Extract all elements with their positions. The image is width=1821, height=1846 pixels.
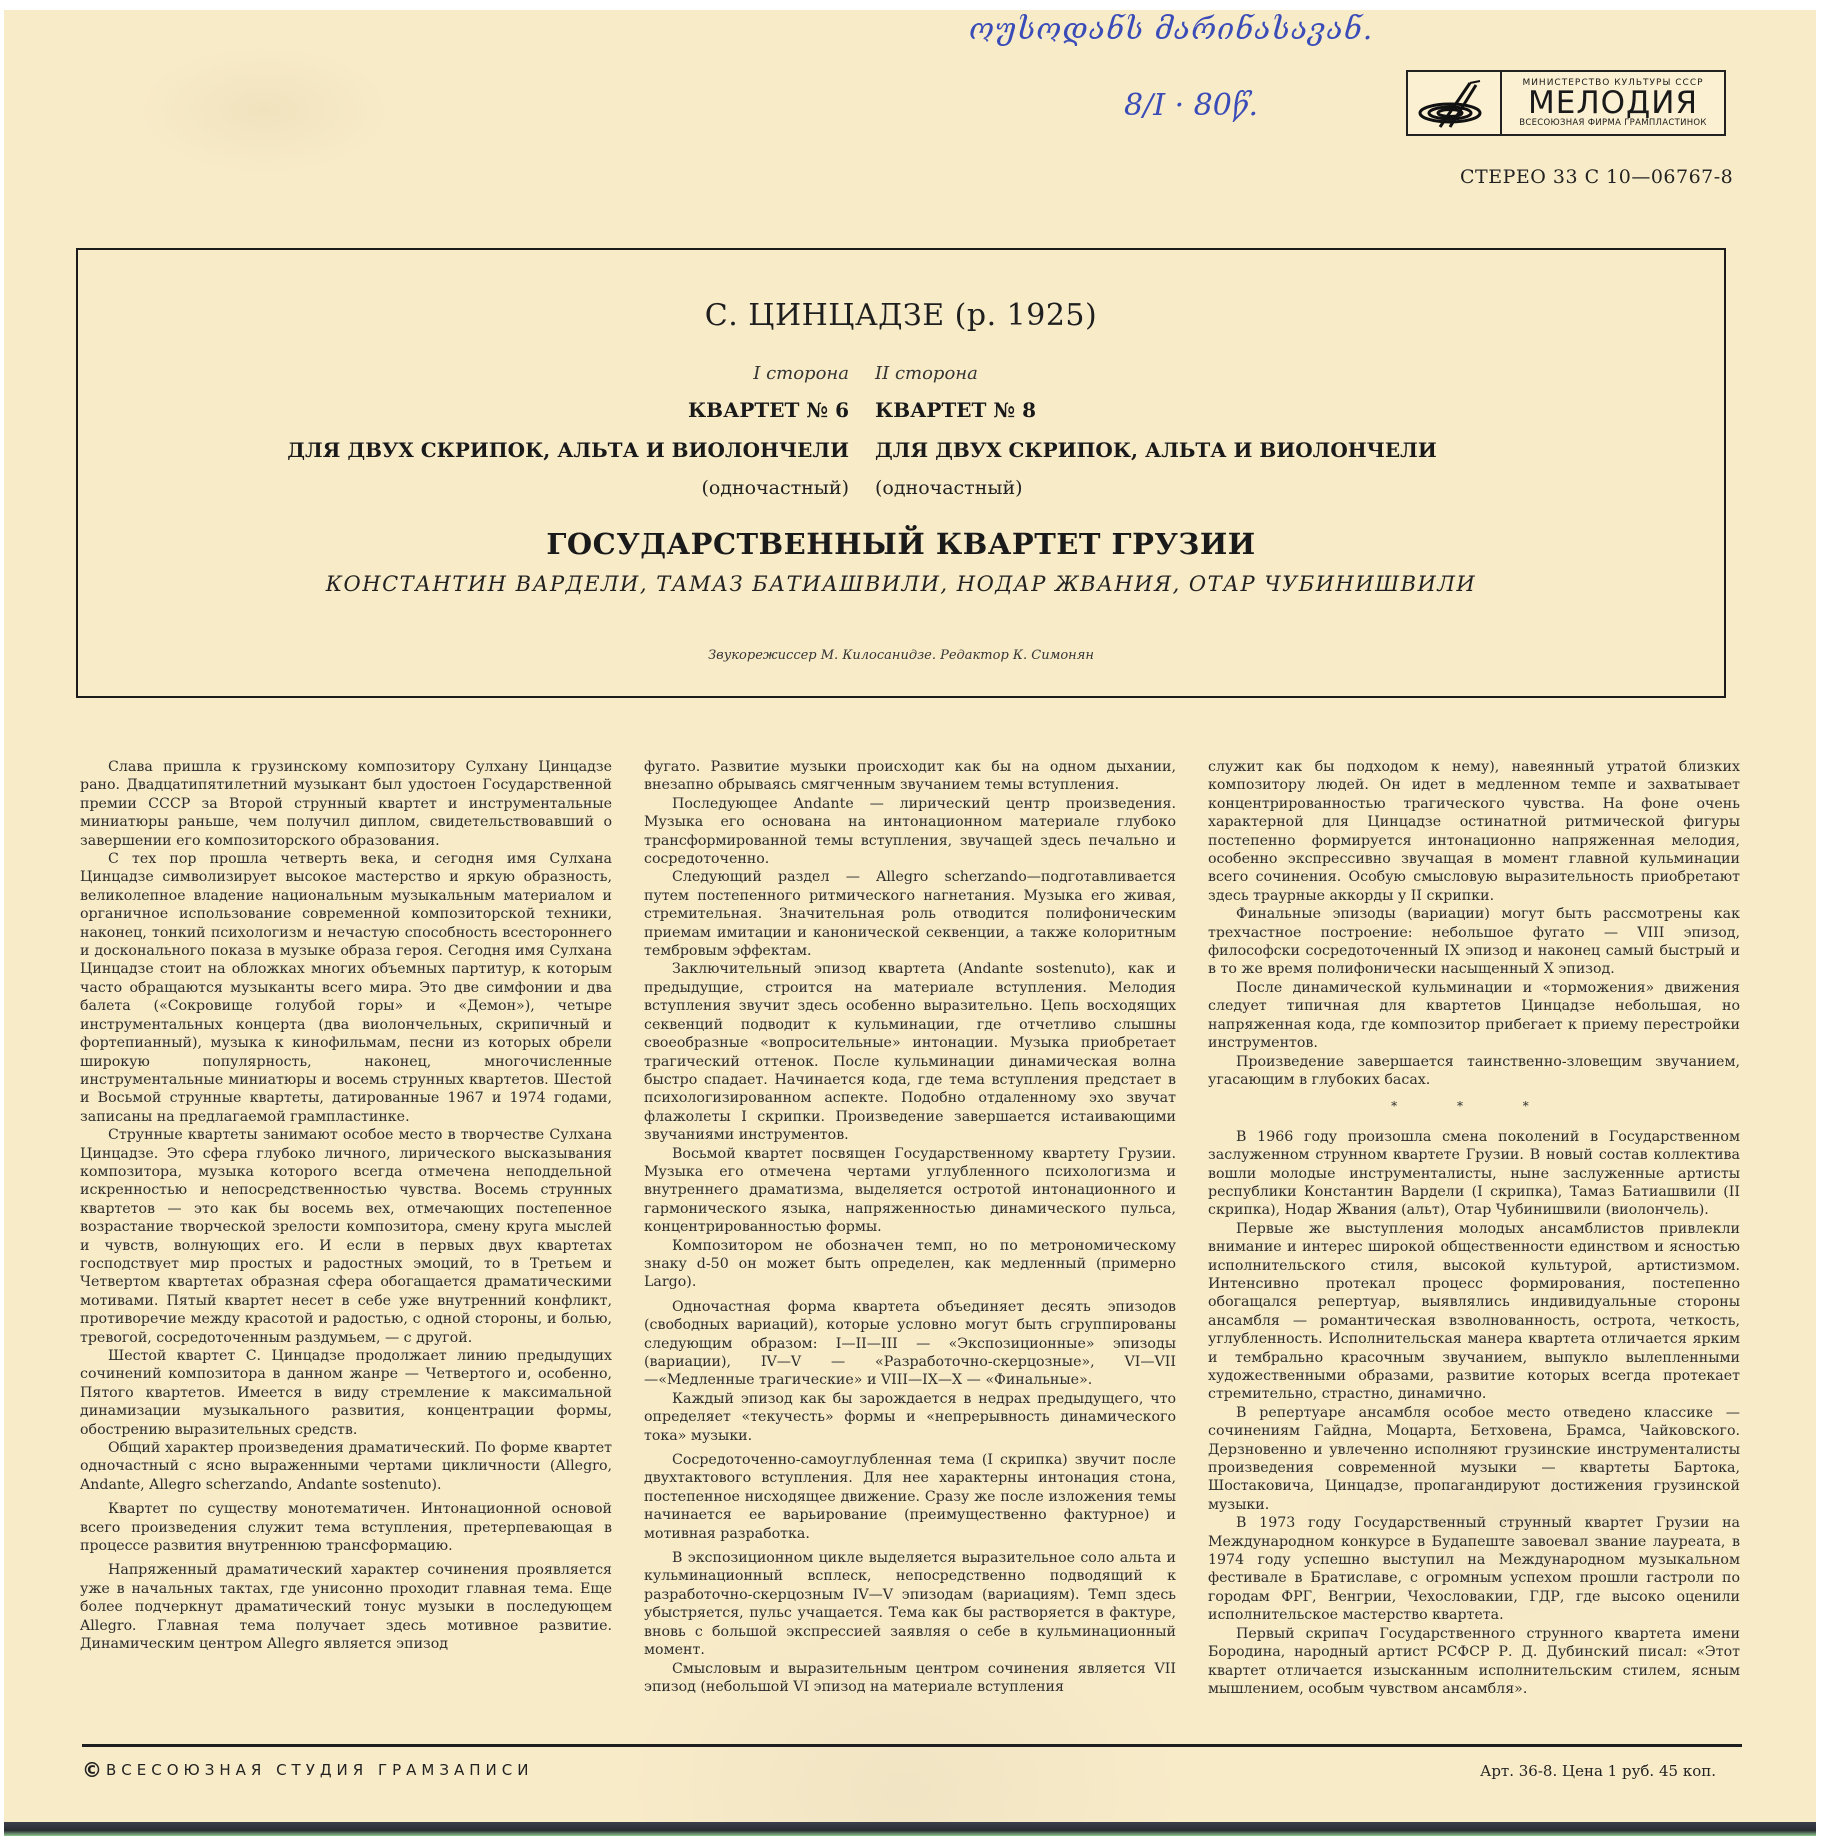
paragraph: фугато. Развитие музыки происходит как б… (644, 758, 1176, 795)
logo-subtitle: ВСЕСОЮЗНАЯ ФИРМА ГРАМПЛАСТИНОК (1519, 118, 1707, 128)
studio-name: ВСЕСОЮЗНАЯ СТУДИЯ ГРАМЗАПИСИ (106, 1761, 533, 1779)
title-frame: С. ЦИНЦАДЗЕ (р. 1925) I сторона КВАРТЕТ … (76, 248, 1726, 698)
paragraph: Напряженный драматический характер сочин… (80, 1561, 612, 1653)
production-credits: Звукорежиссер М. Килосанидзе. Редактор К… (78, 648, 1724, 663)
paragraph: Струнные квартеты занимают особое место … (80, 1126, 612, 1347)
melodiya-logo-icon (1408, 72, 1502, 134)
side-two: II сторона КВАРТЕТ № 8 ДЛЯ ДВУХ СКРИПОК,… (875, 358, 1724, 506)
paragraph: Сосредоточенно-самоуглубленная тема (I с… (644, 1451, 1176, 1543)
composer-title: С. ЦИНЦАДЗЕ (р. 1925) (78, 298, 1724, 333)
liner-notes-column-2: фугато. Развитие музыки происходит как б… (644, 758, 1176, 1698)
side-two-note: (одночастный) (875, 470, 1724, 506)
paragraph: В 1973 году Государственный струнный ква… (1208, 1514, 1740, 1624)
copyright-line: © ВСЕСОЮЗНАЯ СТУДИЯ ГРАМЗАПИСИ (82, 1758, 533, 1782)
side-two-title: КВАРТЕТ № 8 (875, 390, 1724, 430)
logo-text: МИНИСТЕРСТВО КУЛЬТУРЫ СССР МЕЛОДИЯ ВСЕСО… (1502, 72, 1724, 134)
section-separator: * * * (1208, 1097, 1740, 1115)
paragraph: Финальные эпизоды (вариации) могут быть … (1208, 905, 1740, 979)
record-sleeve-back: ოუსოდანს მარინასავან. 8/I · 80წ. МИНИСТЕ… (4, 10, 1816, 1836)
paragraph: Восьмой квартет посвящен Государственном… (644, 1145, 1176, 1237)
ensemble-members: КОНСТАНТИН ВАРДЕЛИ, ТАМАЗ БАТИАШВИЛИ, НО… (78, 572, 1724, 596)
side-one-title: КВАРТЕТ № 6 (78, 390, 849, 430)
ensemble-name: ГОСУДАРСТВЕННЫЙ КВАРТЕТ ГРУЗИИ (78, 527, 1724, 561)
paragraph: Произведение завершается таинственно-зло… (1208, 1053, 1740, 1090)
side-one-instrumentation: ДЛЯ ДВУХ СКРИПОК, АЛЬТА И ВИОЛОНЧЕЛИ (78, 430, 849, 470)
sides-block: I сторона КВАРТЕТ № 6 ДЛЯ ДВУХ СКРИПОК, … (78, 358, 1724, 506)
paragraph: Общий характер произведения драматически… (80, 1439, 612, 1494)
paragraph: В 1966 году произошла смена поколений в … (1208, 1128, 1740, 1220)
catalog-number: СТЕРЕО 33 С 10—06767-8 (1460, 166, 1733, 188)
paragraph: Первый скрипач Государственного струнног… (1208, 1625, 1740, 1699)
paragraph: Первые же выступления молодых ансамблист… (1208, 1220, 1740, 1404)
handwritten-date: 8/I · 80წ. (1124, 88, 1258, 123)
sleeve-bottom-edge (4, 1822, 1816, 1836)
side-one-note: (одночастный) (78, 470, 849, 506)
paragraph: Шестой квартет С. Цинцадзе продолжает ли… (80, 1347, 612, 1439)
price-info: Арт. 36-8. Цена 1 руб. 45 коп. (1480, 1762, 1716, 1780)
handwritten-inscription: ოუსოდანს მარინასავან. (969, 12, 1373, 47)
paragraph: Слава пришла к грузинскому композитору С… (80, 758, 612, 850)
paragraph: Композитором не обозначен темп, но по ме… (644, 1237, 1176, 1292)
footer-divider (82, 1744, 1742, 1747)
paragraph: служит как бы подходом к нему), навеянны… (1208, 758, 1740, 905)
paragraph: Смысловым и выразительным центром сочине… (644, 1660, 1176, 1697)
paragraph: Одночастная форма квартета объединяет де… (644, 1298, 1176, 1390)
side-two-label: II сторона (875, 358, 1724, 390)
side-one: I сторона КВАРТЕТ № 6 ДЛЯ ДВУХ СКРИПОК, … (78, 358, 875, 506)
paragraph: С тех пор прошла четверть века, и сегодн… (80, 850, 612, 1126)
melodiya-logo: МИНИСТЕРСТВО КУЛЬТУРЫ СССР МЕЛОДИЯ ВСЕСО… (1406, 70, 1726, 136)
liner-notes: Слава пришла к грузинскому композитору С… (80, 758, 1740, 1698)
paragraph: В экспозиционном цикле выделяется вырази… (644, 1549, 1176, 1659)
side-one-label: I сторона (78, 358, 849, 390)
liner-notes-column-1: Слава пришла к грузинскому композитору С… (80, 758, 612, 1698)
paragraph: В репертуаре ансамбля особое место отвед… (1208, 1404, 1740, 1514)
paragraph: Каждый эпизод как бы зарождается в недра… (644, 1390, 1176, 1445)
copyright-icon: © (82, 1758, 102, 1782)
logo-brand: МЕЛОДИЯ (1528, 88, 1698, 118)
paragraph: Квартет по существу монотематичен. Интон… (80, 1500, 612, 1555)
paragraph: Заключительный эпизод квартета (Andante … (644, 960, 1176, 1144)
paragraph: После динамической кульминации и «тормож… (1208, 979, 1740, 1053)
side-two-instrumentation: ДЛЯ ДВУХ СКРИПОК, АЛЬТА И ВИОЛОНЧЕЛИ (875, 430, 1724, 470)
liner-notes-column-3: служит как бы подходом к нему), навеянны… (1208, 758, 1740, 1698)
paragraph: Последующее Andante — лирический центр п… (644, 795, 1176, 869)
paragraph: Следующий раздел — Allegro scherzando—по… (644, 868, 1176, 960)
